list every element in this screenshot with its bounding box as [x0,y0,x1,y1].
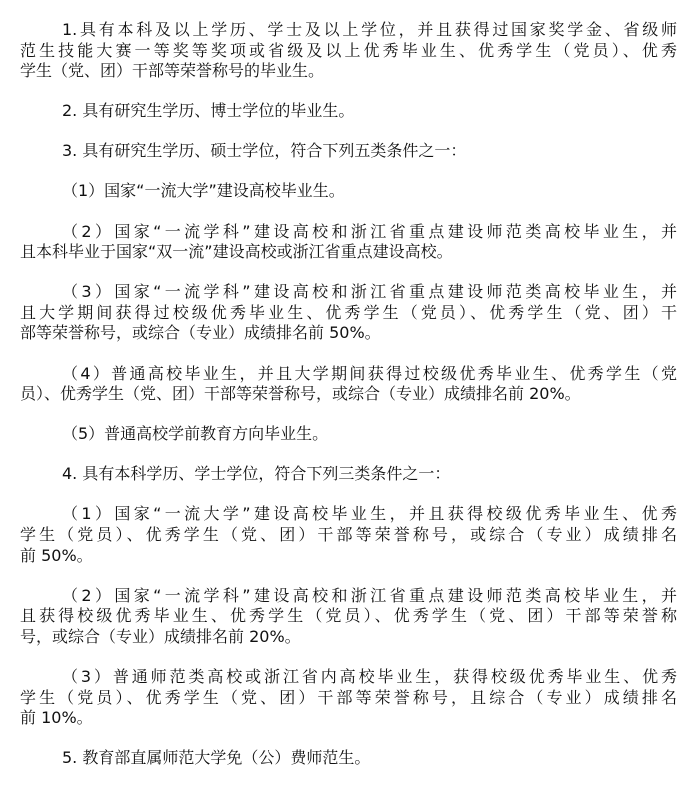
paragraph-line: （1）国家“一流大学”建设高校毕业生。 [20,181,677,202]
paragraph-line: （2）国家“一流学科”建设高校和浙江省重点建设师范类高校毕业生，并 [20,586,677,607]
paragraph-line: 部等荣誉称号，或综合（专业）成绩排名前 50%。 [20,323,677,344]
paragraph-3-1: （1）国家“一流大学”建设高校毕业生。 [20,181,677,202]
paragraph-line: （3）普通师范类高校或浙江省内高校毕业生，获得校级优秀毕业生、优秀 [20,667,677,688]
paragraph-line: （1）国家“一流大学”建设高校毕业生，并且获得校级优秀毕业生、优秀 [20,504,677,525]
paragraph-4-1: （1）国家“一流大学”建设高校毕业生，并且获得校级优秀毕业生、优秀 学生（党员）… [20,504,677,566]
paragraph-line: 1.具有本科及以上学历、学士及以上学位，并且获得过国家奖学金、省级师 [20,20,677,41]
paragraph-line: 且本科毕业于国家“双一流”建设高校或浙江省重点建设高校。 [20,242,677,263]
document-body: 1.具有本科及以上学历、学士及以上学位，并且获得过国家奖学金、省级师 范生技能大… [20,20,677,788]
paragraph-line: （2）国家“一流学科”建设高校和浙江省重点建设师范类高校毕业生，并 [20,222,677,243]
paragraph-line: 且获得校级优秀毕业生、优秀学生（党员）、优秀学生（党、团）干部等荣誉称 [20,606,677,627]
paragraph-line: 5. 教育部直属师范大学免（公）费师范生。 [20,748,677,769]
paragraph-3-3: （3）国家“一流学科”建设高校和浙江省重点建设师范类高校毕业生，并 且大学期间获… [20,282,677,344]
paragraph-line: 号，或综合（专业）成绩排名前 20%。 [20,627,677,648]
paragraph-line: 员）、优秀学生（党、团）干部等荣誉称号，或综合（专业）成绩排名前 20%。 [20,384,677,405]
paragraph-5-free-normal-students: 5. 教育部直属师范大学免（公）费师范生。 [20,748,677,769]
paragraph-3-5: （5）普通高校学前教育方向毕业生。 [20,424,677,445]
paragraph-3-2: （2）国家“一流学科”建设高校和浙江省重点建设师范类高校毕业生，并 且本科毕业于… [20,222,677,263]
paragraph-line: 且大学期间获得过校级优秀毕业生、优秀学生（党员）、优秀学生（党、团）干 [20,303,677,324]
paragraph-2-doctorate: 2. 具有研究生学历、博士学位的毕业生。 [20,101,677,122]
paragraph-1-undergrad-honors: 1.具有本科及以上学历、学士及以上学位，并且获得过国家奖学金、省级师 范生技能大… [20,20,677,82]
paragraph-4-2: （2）国家“一流学科”建设高校和浙江省重点建设师范类高校毕业生，并 且获得校级优… [20,586,677,648]
paragraph-line: （3）国家“一流学科”建设高校和浙江省重点建设师范类高校毕业生，并 [20,282,677,303]
paragraph-4-bachelor-heading: 4. 具有本科学历、学士学位，符合下列三类条件之一： [20,464,677,485]
paragraph-line: 学生（党员）、优秀学生（党、团）干部等荣誉称号，或综合（专业）成绩排名 [20,525,677,546]
paragraph-line: 前 50%。 [20,546,677,567]
paragraph-line: （5）普通高校学前教育方向毕业生。 [20,424,677,445]
paragraph-4-3: （3）普通师范类高校或浙江省内高校毕业生，获得校级优秀毕业生、优秀 学生（党员）… [20,667,677,729]
paragraph-3-4: （4）普通高校毕业生，并且大学期间获得过校级优秀毕业生、优秀学生（党 员）、优秀… [20,364,677,405]
paragraph-line: 2. 具有研究生学历、博士学位的毕业生。 [20,101,677,122]
paragraph-line: 4. 具有本科学历、学士学位，符合下列三类条件之一： [20,464,677,485]
paragraph-line: 前 10%。 [20,708,677,729]
paragraph-line: 学生（党、团）干部等荣誉称号的毕业生。 [20,61,677,82]
paragraph-line: 范生技能大赛一等奖等奖项或省级及以上优秀毕业生、优秀学生（党员）、优秀 [20,41,677,62]
paragraph-line: 3. 具有研究生学历、硕士学位，符合下列五类条件之一： [20,141,677,162]
paragraph-line: （4）普通高校毕业生，并且大学期间获得过校级优秀毕业生、优秀学生（党 [20,364,677,385]
paragraph-line: 学生（党员）、优秀学生（党、团）干部等荣誉称号，且综合（专业）成绩排名 [20,688,677,709]
paragraph-3-masters-heading: 3. 具有研究生学历、硕士学位，符合下列五类条件之一： [20,141,677,162]
